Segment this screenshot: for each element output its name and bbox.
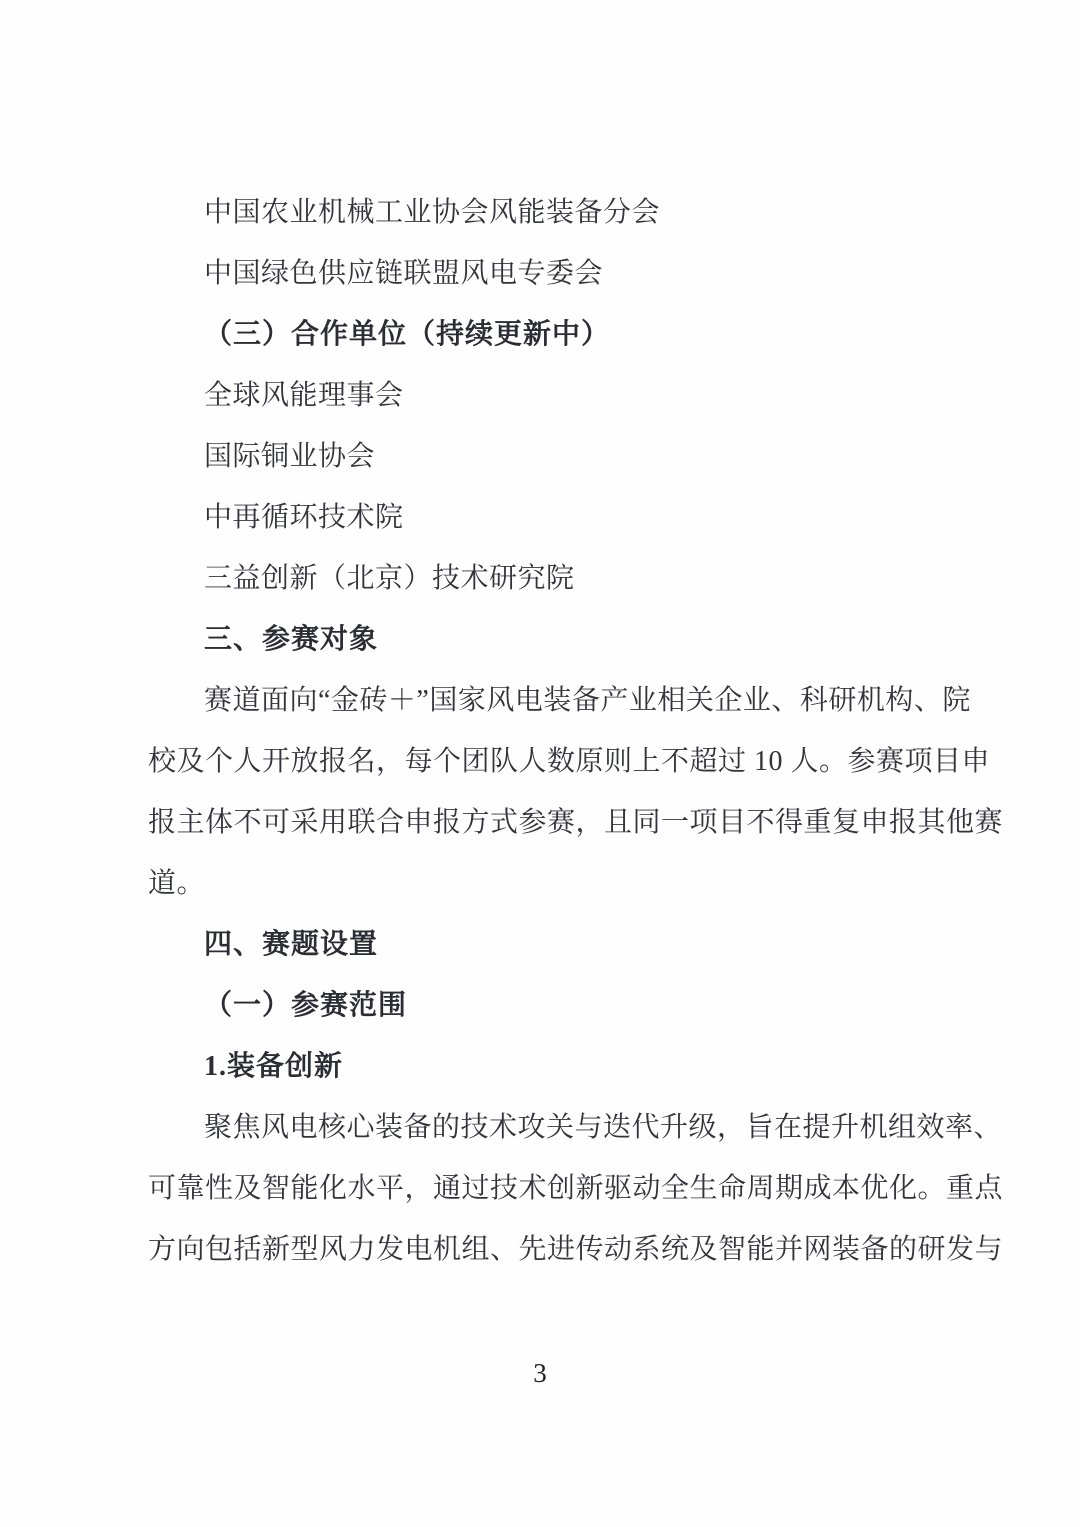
item1-heading: 1.装备创新: [148, 1036, 948, 1097]
participants-paragraph-line: 赛道面向“金砖＋”国家风电装备产业相关企业、科研机构、院: [148, 670, 948, 731]
cooperation-unit-line: 中再循环技术院: [148, 487, 948, 548]
item1-paragraph-line: 聚焦风电核心装备的技术攻关与迭代升级，旨在提升机组效率、: [148, 1097, 948, 1158]
page-number: 3: [0, 1358, 1080, 1389]
cooperation-unit-line: 全球风能理事会: [148, 365, 948, 426]
cooperation-unit-line: 三益创新（北京）技术研究院: [148, 548, 948, 609]
host-unit-line: 中国农业机械工业协会风能装备分会: [148, 182, 948, 243]
participants-paragraph-line: 校及个人开放报名，每个团队人数原则上不超过 10 人。参赛项目申: [148, 731, 948, 792]
cooperation-unit-line: 国际铜业协会: [148, 426, 948, 487]
scope-sub-heading: （一）参赛范围: [148, 975, 948, 1036]
host-unit-line: 中国绿色供应链联盟风电专委会: [148, 243, 948, 304]
cooperation-units-heading: （三）合作单位（持续更新中）: [148, 304, 948, 365]
participants-paragraph-line: 报主体不可采用联合申报方式参赛，且同一项目不得重复申报其他赛: [148, 792, 948, 853]
participants-section-heading: 三、参赛对象: [148, 609, 948, 670]
item1-paragraph-line: 可靠性及智能化水平，通过技术创新驱动全生命周期成本优化。重点: [148, 1158, 948, 1219]
document-page: 中国农业机械工业协会风能装备分会 中国绿色供应链联盟风电专委会 （三）合作单位（…: [0, 0, 1080, 1527]
topics-section-heading: 四、赛题设置: [148, 914, 948, 975]
document-content: 中国农业机械工业协会风能装备分会 中国绿色供应链联盟风电专委会 （三）合作单位（…: [148, 182, 948, 1280]
item1-paragraph-line: 方向包括新型风力发电机组、先进传动系统及智能并网装备的研发与: [148, 1219, 948, 1280]
participants-paragraph-line: 道。: [148, 853, 948, 914]
